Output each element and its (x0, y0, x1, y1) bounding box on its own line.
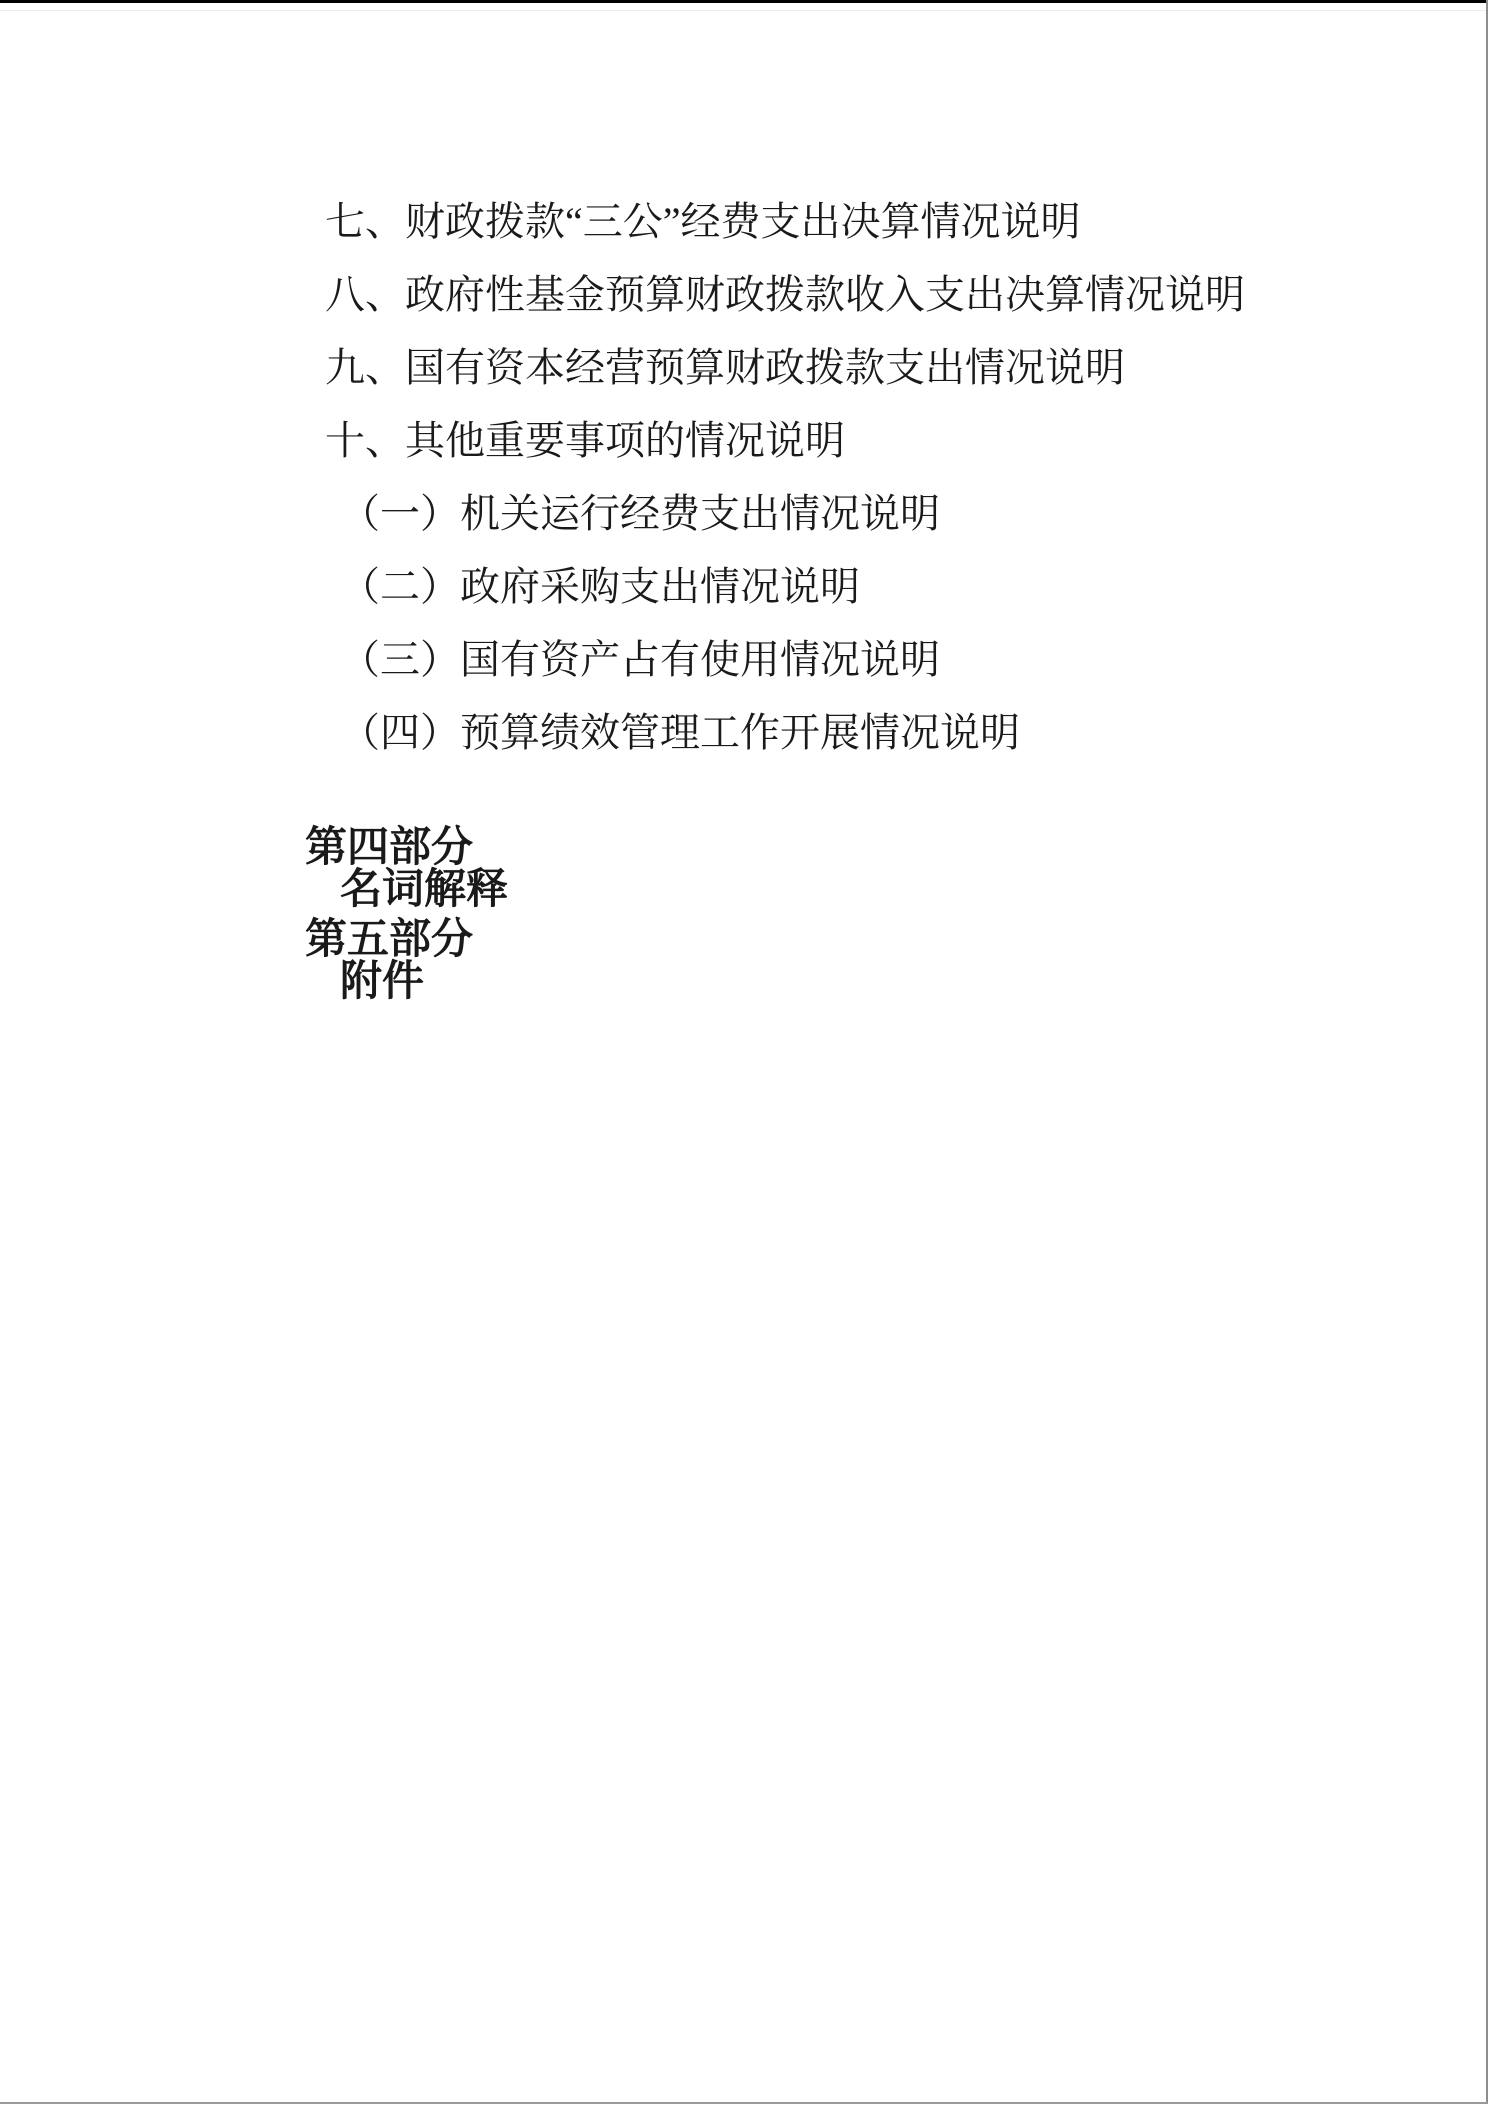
toc-subitem-3: （三）国有资产占有使用情况说明 (340, 640, 940, 680)
toc-subitem-1: （一）机关运行经费支出情况说明 (340, 494, 940, 534)
toc-section-part5: 第五部分 附件 (263, 877, 473, 1045)
section-label: 第四部分 (305, 825, 473, 871)
section-label: 第五部分 (305, 917, 473, 963)
toc-item-8: 八、政府性基金预算财政拨款收入支出决算情况说明 (325, 275, 1245, 315)
toc-item-10: 十、其他重要事项的情况说明 (325, 421, 845, 461)
scan-top-edge-line (0, 0, 1488, 3)
toc-item-7: 七、财政拨款“三公”经费支出决算情况说明 (325, 202, 1081, 242)
toc-subitem-2: （二）政府采购支出情况说明 (340, 567, 860, 607)
scan-top-faint-line (0, 10, 1488, 11)
toc-item-9: 九、国有资本经营预算财政拨款支出情况说明 (325, 348, 1125, 388)
section-title: 附件 (340, 961, 424, 1003)
document-page: 七、财政拨款“三公”经费支出决算情况说明 八、政府性基金预算财政拨款收入支出决算… (0, 0, 1488, 2104)
toc-subitem-4: （四）预算绩效管理工作开展情况说明 (340, 713, 1020, 753)
